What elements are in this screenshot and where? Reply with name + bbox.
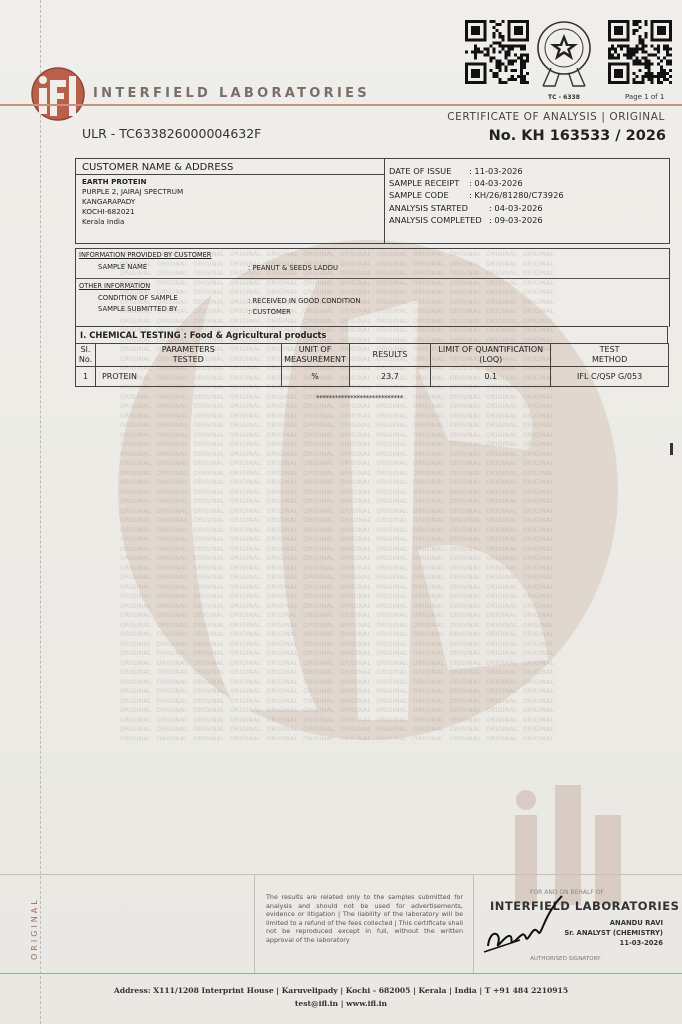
watermark-logo-small-icon <box>500 785 650 905</box>
address-line: KOCHI-682021 <box>82 207 384 217</box>
sample-name-value: : PEANUT & SEEDS LADDU <box>248 264 338 272</box>
date-label: DATE OF ISSUE <box>389 165 469 177</box>
submitted-by-label: SAMPLE SUBMITTED BY <box>98 305 177 313</box>
signatory-block: ANANDU RAVI Sr. ANALYST (CHEMISTRY) 11-0… <box>564 918 663 948</box>
date-value: : 11-03-2026 <box>469 165 523 177</box>
end-of-report-marker: **************************** <box>316 394 403 402</box>
signatory-date: 11-03-2026 <box>564 938 663 948</box>
disclaimer-text: The results are related only to the samp… <box>266 893 463 945</box>
header-rule <box>0 104 682 106</box>
footer-divider <box>254 874 255 973</box>
cell-parameter: PROTEIN <box>95 367 281 387</box>
certificate-page: ORIGINAL ORIGINAL ORIGINAL ORIGINAL ORIG… <box>0 0 682 1024</box>
customer-info-heading: INFORMATION PROVIDED BY CUSTOMER <box>79 251 211 259</box>
date-value: : KH/26/81280/C73926 <box>469 189 564 201</box>
date-value: : 09-03-2026 <box>489 214 543 226</box>
accreditation-code: TC - 6338 <box>548 94 580 101</box>
cell-loq: 0.1 <box>431 367 551 387</box>
date-value: : 04-03-2026 <box>469 177 523 189</box>
chemical-testing-heading: I. CHEMICAL TESTING : Food & Agricultura… <box>75 326 668 343</box>
qr-code-icon[interactable] <box>608 20 672 84</box>
sample-info-box: INFORMATION PROVIDED BY CUSTOMER SAMPLE … <box>75 248 670 327</box>
cell-unit: % <box>281 367 349 387</box>
footer-divider <box>473 874 474 973</box>
submitted-by-value: : CUSTOMER <box>248 308 291 316</box>
authorised-signatory-label: AUTHORISED SIGNATORY <box>530 956 601 962</box>
signatory-title: Sr. ANALYST (CHEMISTRY) <box>564 928 663 938</box>
footer-bottom-rule <box>0 973 682 974</box>
customer-panel: CUSTOMER NAME & ADDRESS EARTH PROTEIN PU… <box>76 159 385 243</box>
cell-sl: 1 <box>76 367 96 387</box>
address-line: KANGARAPADY <box>82 197 384 207</box>
condition-label: CONDITION OF SAMPLE <box>98 294 178 302</box>
ulr-number: ULR - TC633826000004632F <box>82 126 261 141</box>
col-unit: UNIT OFMEASUREMENT <box>281 344 349 367</box>
date-label: ANALYSIS STARTED <box>389 202 489 214</box>
customer-heading: CUSTOMER NAME & ADDRESS <box>76 159 384 175</box>
divider <box>76 278 669 279</box>
address-line: Address: X111/1208 Interprint House | Ka… <box>0 984 682 997</box>
date-row: ANALYSIS STARTED: 04-03-2026 <box>389 202 564 214</box>
date-label: SAMPLE CODE <box>389 189 469 201</box>
col-parameter: PARAMETERSTESTED <box>95 344 281 367</box>
address-line: Kerala India <box>82 217 384 227</box>
date-value: : 04-03-2026 <box>489 202 543 214</box>
accreditation-seal-icon <box>535 20 593 88</box>
col-method: TESTMETHOD <box>551 344 669 367</box>
other-info-heading: OTHER INFORMATION <box>79 282 150 290</box>
contact-line: test@ifl.in | www.ifl.in <box>0 997 682 1010</box>
col-loq: LIMIT OF QUANTIFICATION(LOQ) <box>431 344 551 367</box>
col-results: RESULTS <box>349 344 431 367</box>
date-row: ANALYSIS COMPLETED: 09-03-2026 <box>389 214 564 226</box>
date-row: DATE OF ISSUE: 11-03-2026 <box>389 165 564 177</box>
cell-method: IFL C/QSP G/053 <box>551 367 669 387</box>
customer-dates-box: CUSTOMER NAME & ADDRESS EARTH PROTEIN PU… <box>75 158 670 244</box>
footer-top-rule <box>0 874 682 875</box>
sample-name-label: SAMPLE NAME <box>98 263 147 271</box>
certificate-label: CERTIFICATE OF ANALYSIS | ORIGINAL <box>447 111 665 123</box>
perforation-line <box>40 0 41 1024</box>
margin-mark <box>670 443 673 455</box>
date-label: SAMPLE RECEIPT <box>389 177 469 189</box>
lab-name-header: INTERFIELD LABORATORIES <box>93 86 370 101</box>
dates-panel: DATE OF ISSUE: 11-03-2026 SAMPLE RECEIPT… <box>389 165 564 226</box>
lab-address: Address: X111/1208 Interprint House | Ka… <box>0 984 682 1010</box>
original-side-label: ORIGINAL <box>30 897 39 960</box>
date-row: SAMPLE CODE: KH/26/81280/C73926 <box>389 189 564 201</box>
col-sl: Sl.No. <box>76 344 96 367</box>
signatory-name: ANANDU RAVI <box>564 918 663 928</box>
address-line: PURPLE 2, JAIRAJ SPECTRUM <box>82 187 384 197</box>
table-header-row: Sl.No. PARAMETERSTESTED UNIT OFMEASUREME… <box>76 344 669 367</box>
ifl-logo-icon <box>30 66 86 122</box>
page-indicator: Page 1 of 1 <box>625 93 664 101</box>
date-row: SAMPLE RECEIPT: 04-03-2026 <box>389 177 564 189</box>
date-label: ANALYSIS COMPLETED <box>389 214 489 226</box>
signature-icon <box>480 888 570 958</box>
customer-name: EARTH PROTEIN <box>82 177 384 187</box>
certificate-number: No. KH 163533 / 2026 <box>489 128 666 144</box>
customer-address: EARTH PROTEIN PURPLE 2, JAIRAJ SPECTRUM … <box>76 175 384 227</box>
cell-result: 23.7 <box>349 367 431 387</box>
qr-code-icon[interactable] <box>465 20 529 84</box>
table-row: 1 PROTEIN % 23.7 0.1 IFL C/QSP G/053 <box>76 367 669 387</box>
condition-value: : RECEIVED IN GOOD CONDITION <box>248 297 360 305</box>
results-table: Sl.No. PARAMETERSTESTED UNIT OFMEASUREME… <box>75 343 669 387</box>
